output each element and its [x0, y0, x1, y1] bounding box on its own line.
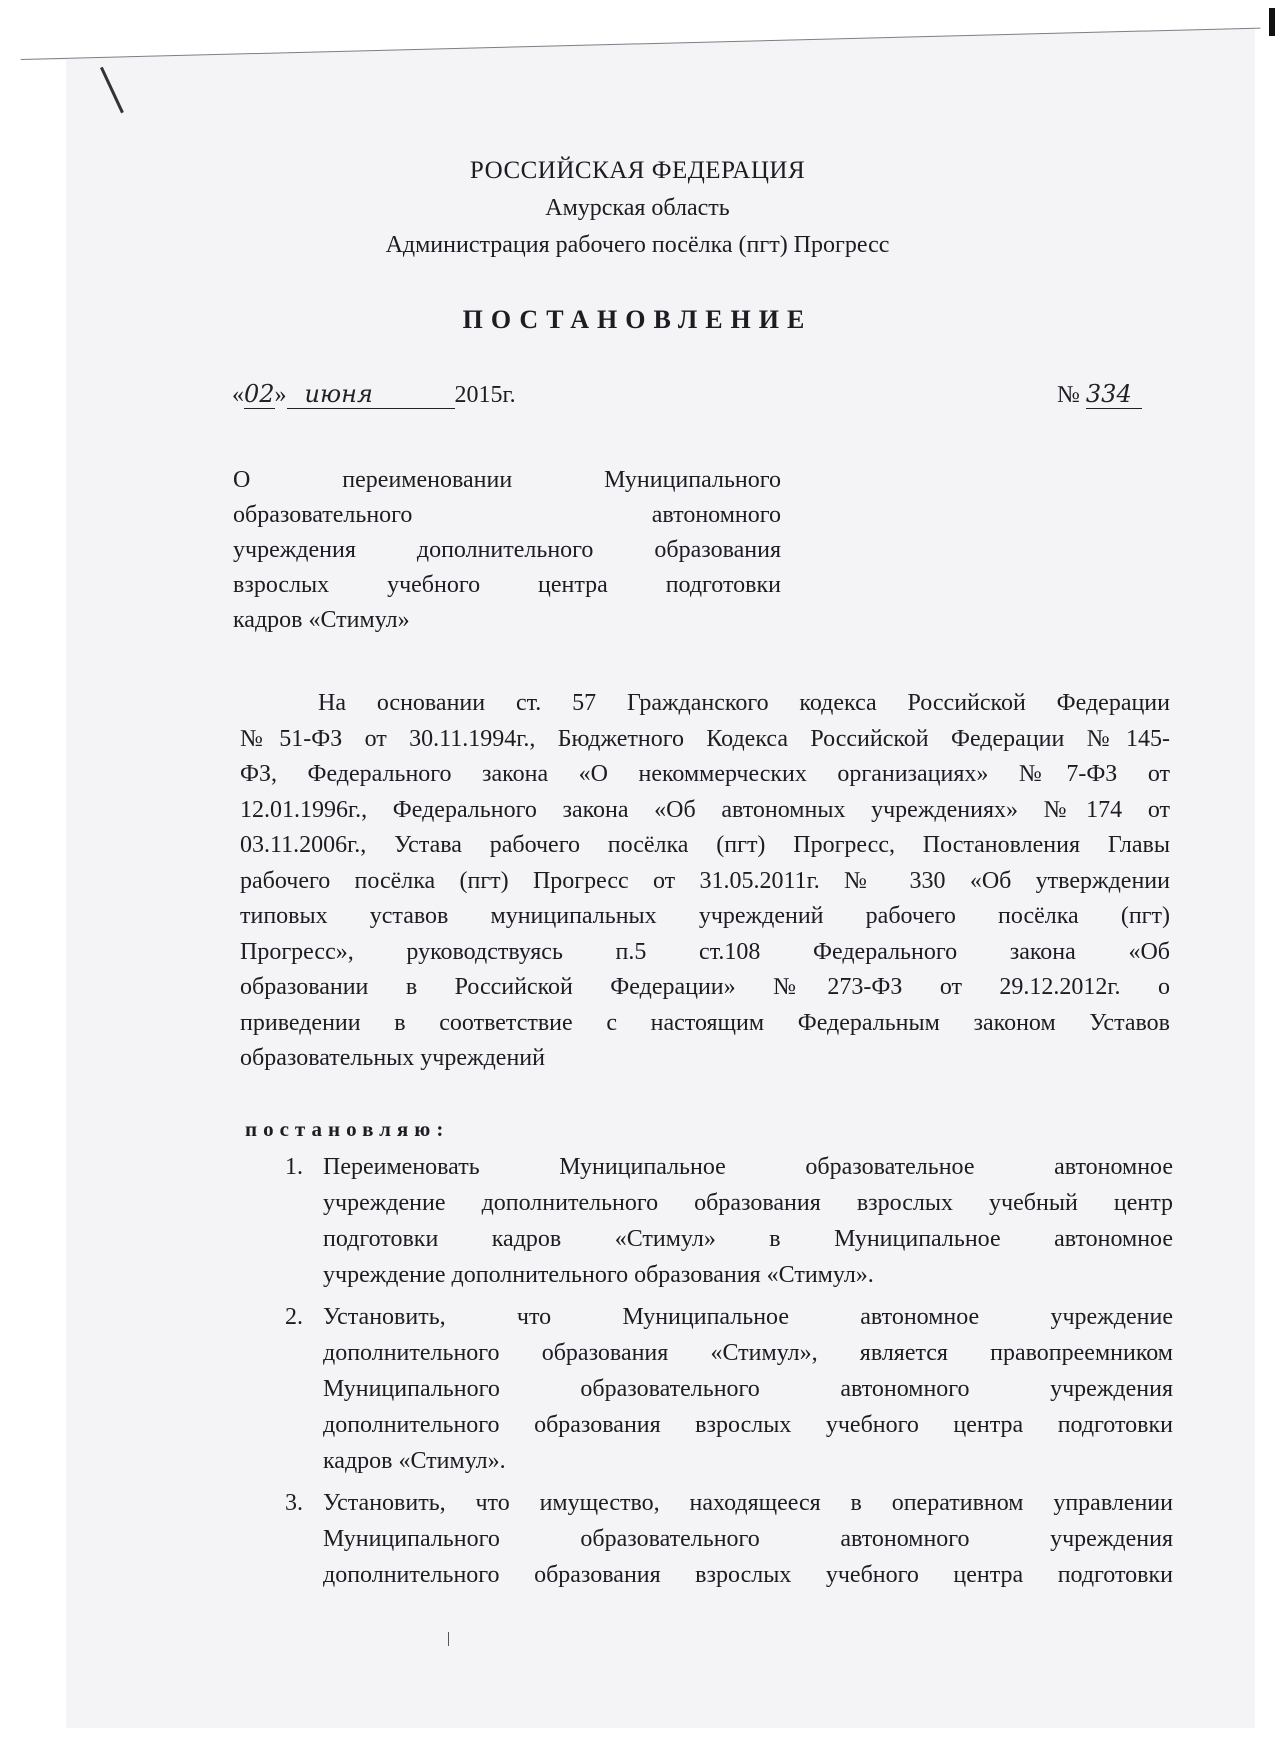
administration-heading: Администрация рабочего посёлка (пгт) Про…: [0, 232, 1275, 259]
decree-word: постановляю:: [245, 1117, 449, 1142]
preamble-paragraph: На основании ст. 57 Гражданского кодекса…: [240, 686, 1170, 1077]
number-value: 334: [1086, 380, 1142, 409]
subject-line: образовательного автономного: [233, 498, 781, 533]
item-number: 3.: [285, 1485, 303, 1521]
item-line: дополнительного образования взрослых уче…: [323, 1407, 1173, 1443]
subject-line: учреждения дополнительного образования: [233, 533, 781, 568]
item-line: Муниципального образовательного автономн…: [323, 1371, 1173, 1407]
document-number: № 334: [1057, 380, 1142, 409]
preamble-line: Прогресс», руководствуясь п.5 ст.108 Фед…: [240, 935, 1170, 971]
scan-speck: [448, 1632, 449, 1646]
decree-item-2: 2. Установить, что Муниципальное автоном…: [285, 1299, 1173, 1479]
item-line: Переименовать Муниципальное образователь…: [323, 1149, 1173, 1185]
item-line: учреждение дополнительного образования в…: [323, 1185, 1173, 1221]
date-month: июня: [287, 380, 455, 409]
item-line: Установить, что Муниципальное автономное…: [323, 1299, 1173, 1335]
region-heading: Амурская область: [0, 195, 1275, 222]
number-label: №: [1057, 382, 1080, 408]
subject-line: О переименовании Муниципального: [233, 463, 781, 498]
country-heading: РОССИЙСКАЯ ФЕДЕРАЦИЯ: [0, 157, 1275, 185]
item-line: Муниципального образовательного автономн…: [323, 1521, 1173, 1557]
subject-line: кадров «Стимул»: [233, 603, 781, 638]
document-date: «02»июня2015г.: [232, 380, 516, 409]
decree-items: 1. Переименовать Муниципальное образоват…: [285, 1149, 1173, 1599]
subject-line: взрослых учебного центра подготовки: [233, 568, 781, 603]
preamble-line: На основании ст. 57 Гражданского кодекса…: [240, 686, 1170, 722]
preamble-line: образовании в Российской Федерации» №273…: [240, 970, 1170, 1006]
item-number: 2.: [285, 1299, 303, 1335]
preamble-line: №51-ФЗ от 30.11.1994г., Бюджетного Кодек…: [240, 722, 1170, 758]
preamble-line: приведении в соответствие с настоящим Фе…: [240, 1006, 1170, 1042]
item-line: подготовки кадров «Стимул» в Муниципальн…: [323, 1221, 1173, 1257]
item-line: Установить, что имущество, находящееся в…: [323, 1485, 1173, 1521]
document-type-title: ПОСТАНОВЛЕНИЕ: [0, 305, 1275, 335]
item-line: дополнительного образования взрослых уче…: [323, 1557, 1173, 1593]
item-line: учреждение дополнительного образования «…: [323, 1257, 1173, 1293]
preamble-line: образовательных учреждений: [240, 1041, 1170, 1077]
decree-item-3: 3. Установить, что имущество, находящеес…: [285, 1485, 1173, 1593]
date-open-quote: «: [232, 382, 244, 408]
date-day: 02: [244, 380, 275, 409]
preamble-line: 03.11.2006г., Устава рабочего посёлка (п…: [240, 828, 1170, 864]
preamble-line: 12.01.1996г., Федерального закона «Об ав…: [240, 793, 1170, 829]
item-number: 1.: [285, 1149, 303, 1185]
preamble-line: рабочего посёлка (пгт) Прогресс от 31.05…: [240, 864, 1170, 900]
preamble-line: ФЗ, Федерального закона «О некоммерчески…: [240, 757, 1170, 793]
scan-edge-mark: [1269, 8, 1275, 36]
date-year: 2015г.: [455, 382, 516, 408]
document-subject: О переименовании Муниципального образова…: [233, 463, 781, 638]
decree-item-1: 1. Переименовать Муниципальное образоват…: [285, 1149, 1173, 1293]
item-line: дополнительного образования «Стимул», яв…: [323, 1335, 1173, 1371]
date-close-quote: »: [275, 382, 287, 408]
preamble-line: типовых уставов муниципальных учреждений…: [240, 899, 1170, 935]
item-line: кадров «Стимул».: [323, 1443, 1173, 1479]
